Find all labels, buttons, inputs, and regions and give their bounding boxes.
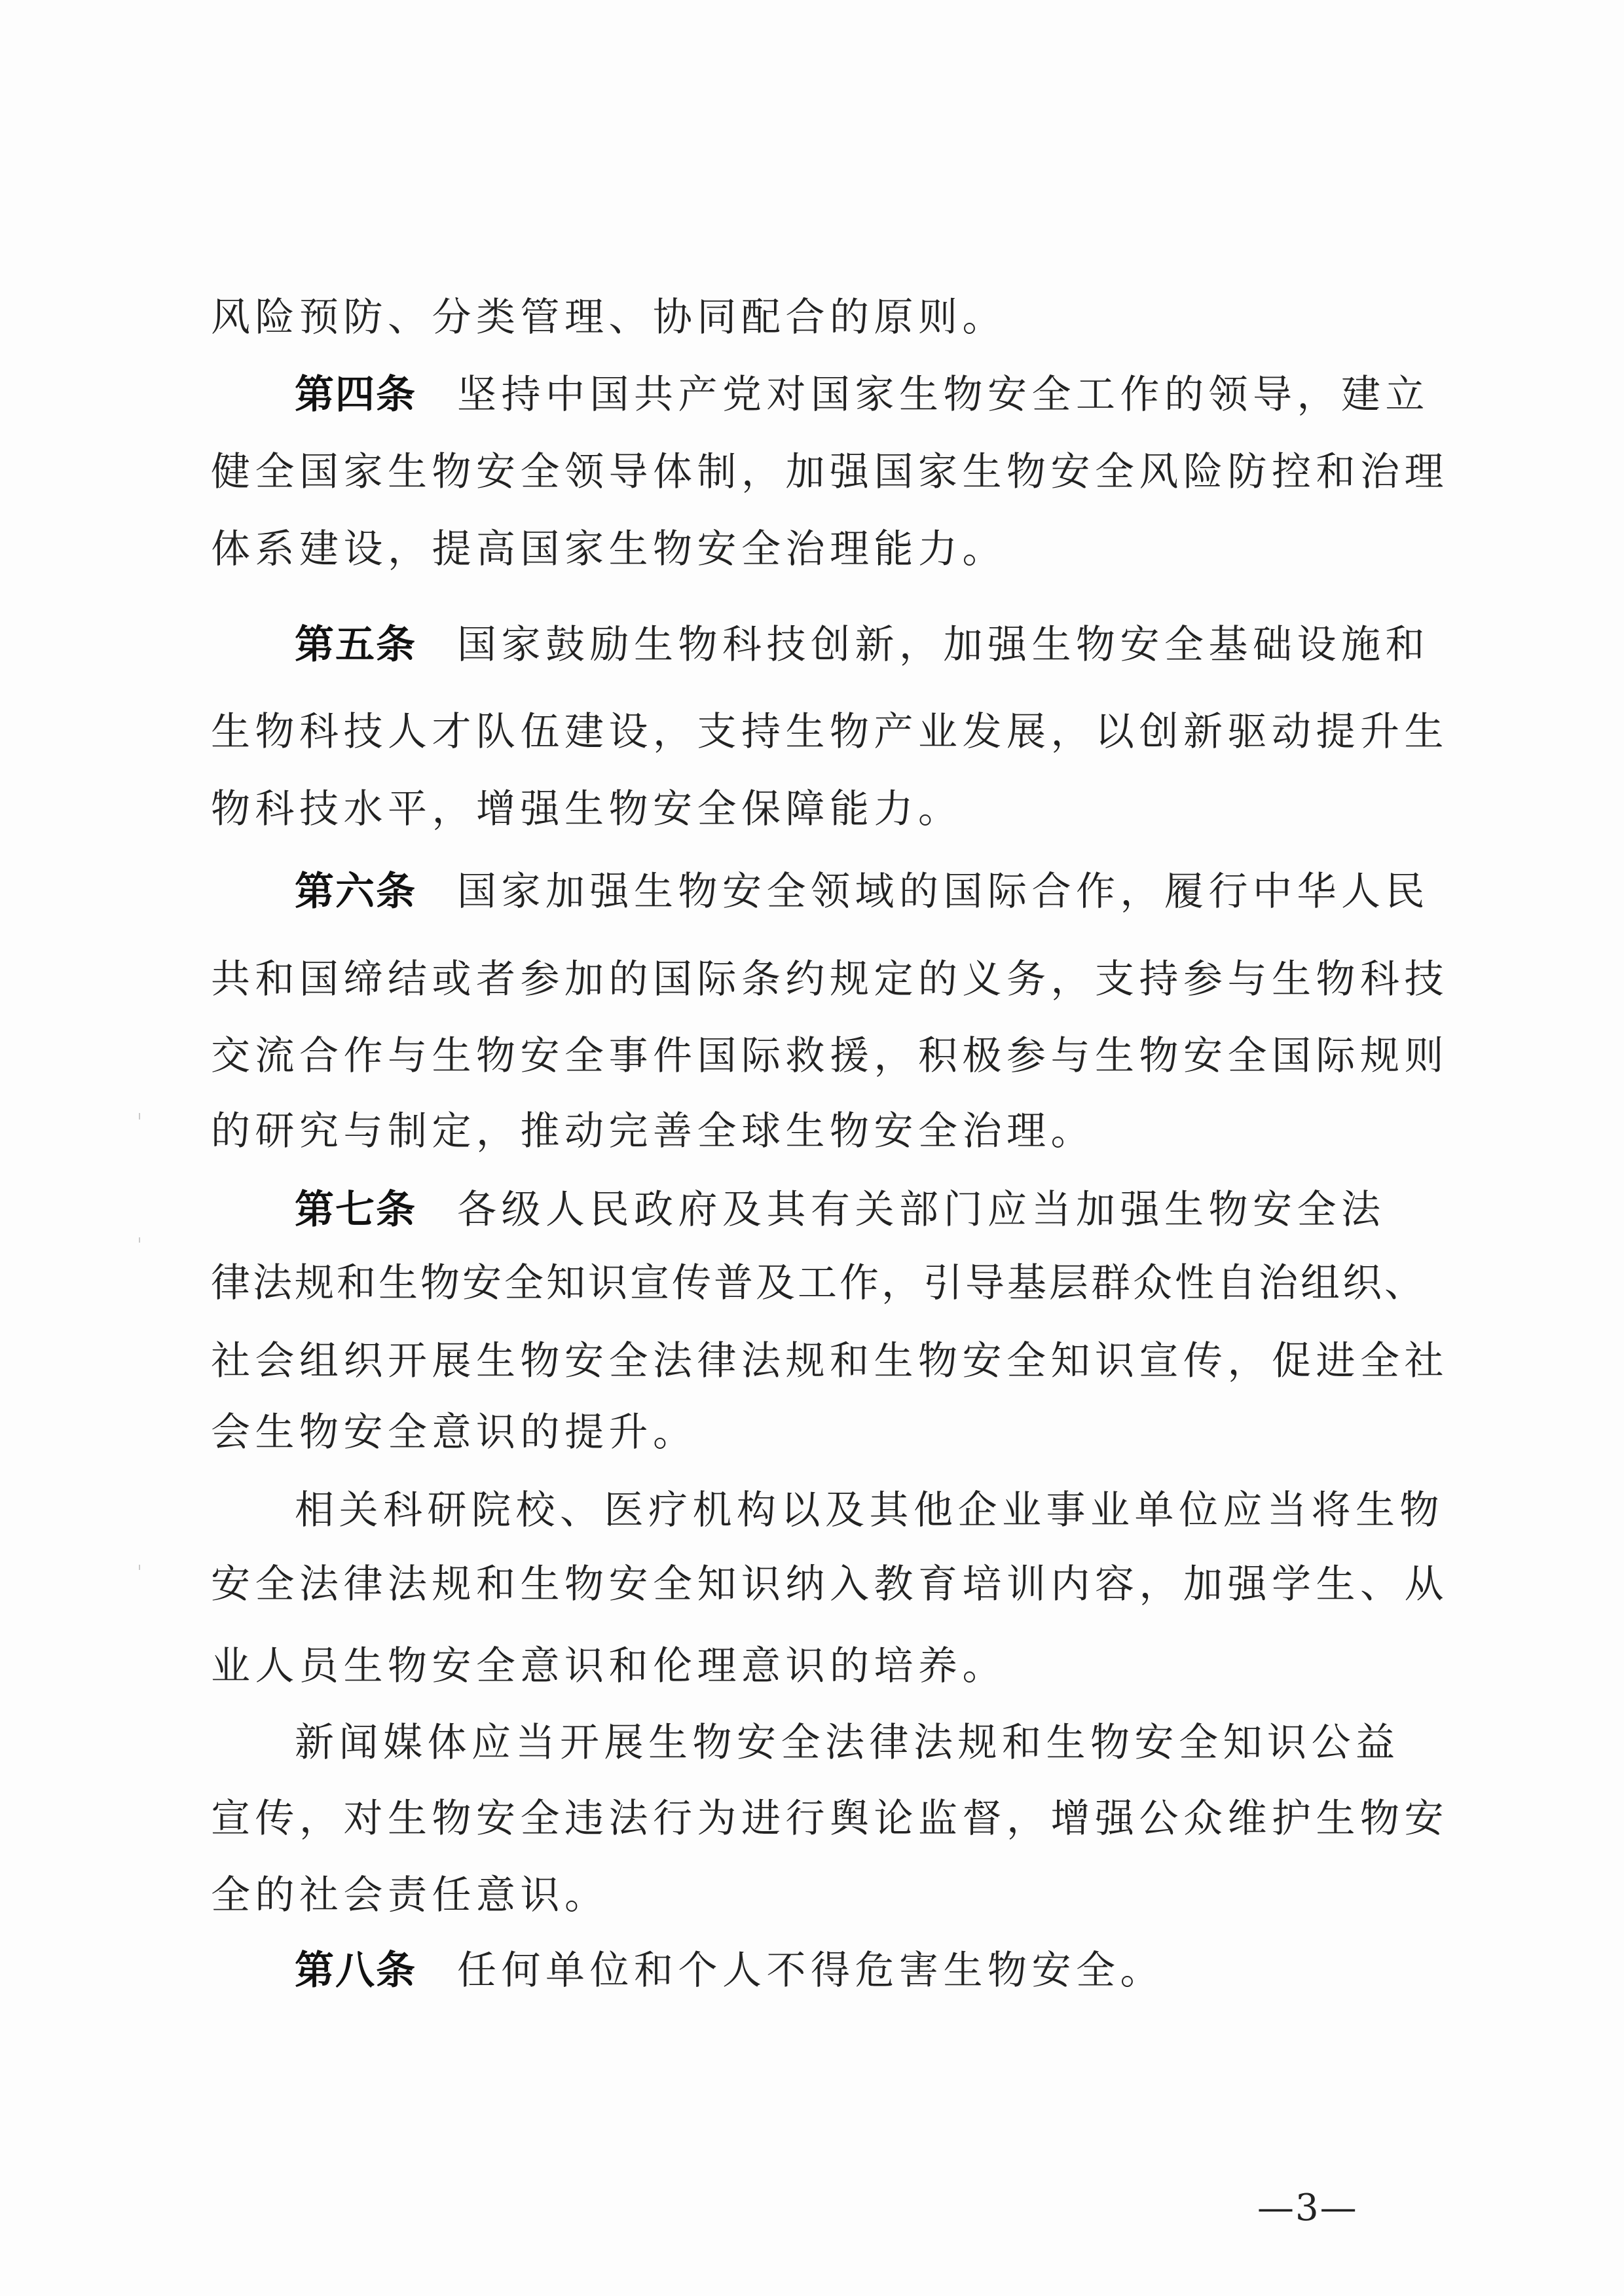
- paragraph-line: 律法规和生物安全知识宣传普及工作，引导基层群众性自治组织、: [211, 1257, 1409, 1309]
- line-text: 坚持中国共产党对国家生物安全工作的领导，建立: [457, 372, 1430, 418]
- document-page: 风险预防、分类管理、协同配合的原则。 第四条坚持中国共产党对国家生物安全工作的领…: [0, 0, 1624, 2296]
- article-label: 第八条: [295, 1948, 416, 1994]
- line-text: 各级人民政府及其有关部门应当加强生物安全法: [457, 1187, 1386, 1233]
- paragraph-line: 社会组织开展生物安全法律法规和生物安全知识宣传，促进全社: [211, 1335, 1409, 1387]
- line-text: 会生物安全意识的提升。: [211, 1410, 697, 1455]
- line-text: 物科技水平，增强生物安全保障能力。: [211, 786, 963, 832]
- paragraph-line: 全的社会责任意识。: [211, 1869, 1409, 1922]
- article-7-line: 第七条各级人民政府及其有关部门应当加强生物安全法: [295, 1184, 1409, 1236]
- line-text: 生物科技人才队伍建设，支持生物产业发展，以创新驱动提升生: [211, 709, 1449, 755]
- line-text: 全的社会责任意识。: [211, 1872, 609, 1918]
- scan-artifact: [139, 1237, 140, 1243]
- paragraph-line: 物科技水平，增强生物安全保障能力。: [211, 783, 1409, 835]
- article-4-line: 第四条坚持中国共产党对国家生物安全工作的领导，建立: [295, 369, 1409, 421]
- line-text: 相关科研院校、医疗机构以及其他企业事业单位应当将生物: [295, 1487, 1444, 1533]
- paragraph-line: 交流合作与生物安全事件国际救援，积极参与生物安全国际规则: [211, 1030, 1409, 1082]
- line-text: 国家鼓励生物科技创新，加强生物安全基础设施和: [457, 622, 1430, 668]
- paragraph-line: 生物科技人才队伍建设，支持生物产业发展，以创新驱动提升生: [211, 706, 1409, 758]
- line-text: 业人员生物安全意识和伦理意识的培养。: [211, 1643, 1006, 1689]
- article-label: 第五条: [295, 622, 416, 668]
- paragraph-line: 会生物安全意识的提升。: [211, 1406, 1409, 1459]
- line-text: 新闻媒体应当开展生物安全法律法规和生物安全知识公益: [295, 1720, 1400, 1766]
- line-text: 国家加强生物安全领域的国际合作，履行中华人民: [457, 869, 1430, 915]
- paragraph-line: 风险预防、分类管理、协同配合的原则。: [211, 291, 1409, 344]
- line-text: 风险预防、分类管理、协同配合的原则。: [211, 295, 1006, 340]
- scan-artifact: [139, 1565, 140, 1570]
- paragraph-first-line: 相关科研院校、医疗机构以及其他企业事业单位应当将生物: [295, 1484, 1409, 1537]
- paragraph-line: 的研究与制定，推动完善全球生物安全治理。: [211, 1105, 1409, 1157]
- line-text: 宣传，对生物安全违法行为进行舆论监督，增强公众维护生物安: [211, 1796, 1449, 1842]
- paragraph-line: 健全国家生物安全领导体制，加强国家生物安全风险防控和治理: [211, 446, 1409, 498]
- line-text: 任何单位和个人不得危害生物安全。: [457, 1948, 1164, 1994]
- article-label: 第六条: [295, 869, 416, 915]
- paragraph-first-line: 新闻媒体应当开展生物安全法律法规和生物安全知识公益: [295, 1717, 1409, 1769]
- article-6-line: 第六条国家加强生物安全领域的国际合作，履行中华人民: [295, 866, 1409, 918]
- paragraph-line: 体系建设，提高国家生物安全治理能力。: [211, 523, 1409, 575]
- paragraph-line: 宣传，对生物安全违法行为进行舆论监督，增强公众维护生物安: [211, 1793, 1409, 1845]
- paragraph-line: 共和国缔结或者参加的国际条约规定的义务，支持参与生物科技: [211, 953, 1409, 1006]
- line-text: 的研究与制定，推动完善全球生物安全治理。: [211, 1108, 1095, 1154]
- line-text: 安全法律法规和生物安全知识纳入教育培训内容，加强学生、从: [211, 1561, 1449, 1607]
- line-text: 交流合作与生物安全事件国际救援，积极参与生物安全国际规则: [211, 1033, 1449, 1079]
- article-label: 第七条: [295, 1187, 416, 1233]
- article-5-line: 第五条国家鼓励生物科技创新，加强生物安全基础设施和: [295, 619, 1409, 671]
- paragraph-line: 安全法律法规和生物安全知识纳入教育培训内容，加强学生、从: [211, 1558, 1409, 1611]
- scan-artifact: [139, 1113, 140, 1120]
- article-8-line: 第八条任何单位和个人不得危害生物安全。: [295, 1944, 1409, 1997]
- article-label: 第四条: [295, 372, 416, 418]
- line-text: 体系建设，提高国家生物安全治理能力。: [211, 526, 1006, 572]
- line-text: 共和国缔结或者参加的国际条约规定的义务，支持参与生物科技: [211, 957, 1449, 1002]
- line-text: 社会组织开展生物安全法律法规和生物安全知识宣传，促进全社: [211, 1338, 1449, 1384]
- line-text: 健全国家生物安全领导体制，加强国家生物安全风险防控和治理: [211, 449, 1449, 495]
- paragraph-line: 业人员生物安全意识和伦理意识的培养。: [211, 1640, 1409, 1692]
- page-number: —3—: [1257, 2187, 1358, 2229]
- line-text: 律法规和生物安全知识宣传普及工作，引导基层群众性自治组织、: [211, 1260, 1426, 1306]
